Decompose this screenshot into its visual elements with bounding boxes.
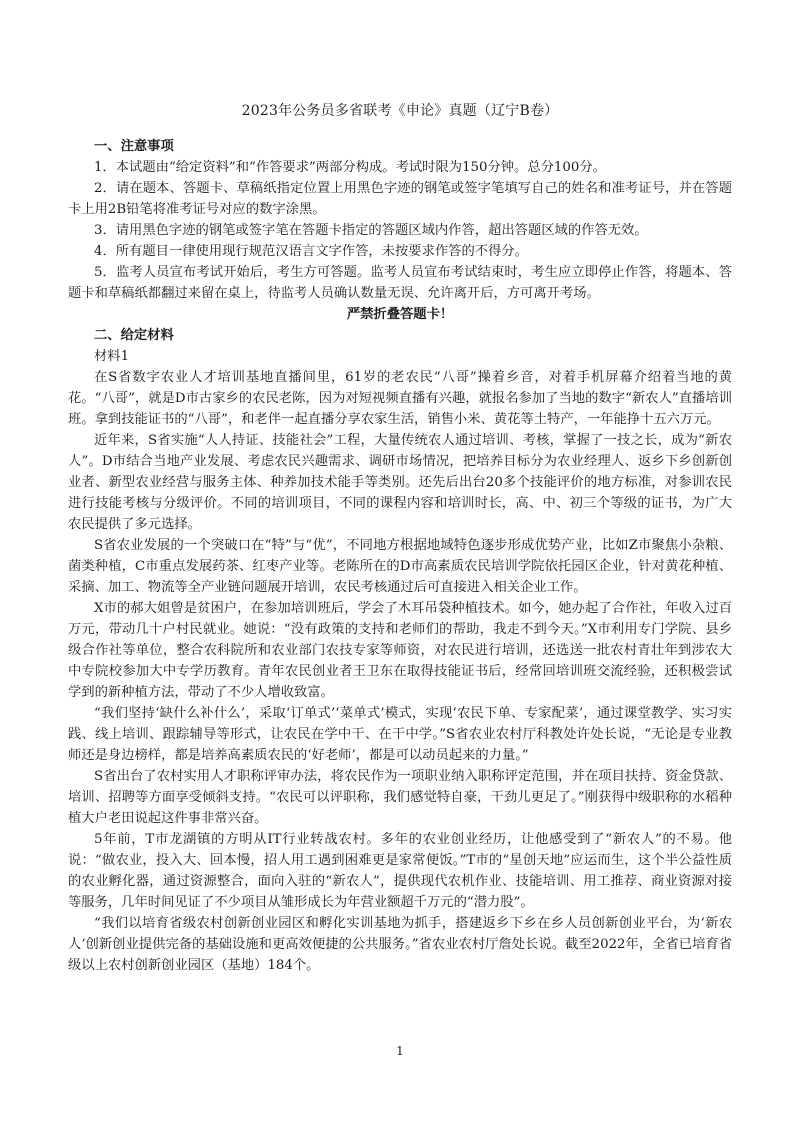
warning-text: 严禁折叠答题卡！ (68, 304, 732, 325)
notice-item: 4．所有题目一律使用现行规范汉语言文字作答，未按要求作答的不得分。 (68, 241, 732, 262)
section-heading-notice: 一、注意事项 (68, 136, 732, 157)
page-number: 1 (0, 1044, 800, 1058)
material-paragraph: “我们坚持‘缺什么补什么’，采取‘订单式’‘菜单式’模式，实现‘农民下单、专家配… (68, 703, 732, 766)
document-page: 2023年公务员多省联考《申论》真题（辽宁B卷） 一、注意事项 1．本试题由“给… (0, 0, 800, 1131)
material-paragraph: “我们以培育省级农村创新创业园区和孵化实训基地为抓手，搭建返乡下乡在乡人员创新创… (68, 913, 732, 976)
material-paragraph: X市的郝大姐曾是贫困户，在参加培训班后，学会了木耳吊袋种植技术。如今，她办起了合… (68, 598, 732, 703)
material-label: 材料1 (68, 346, 732, 367)
material-paragraph: 5年前，T市龙湖镇的方明从IT行业转战农村。多年的农业创业经历，让他感受到了“新… (68, 829, 732, 913)
material-paragraph: 近年来，S省实施“人人持证、技能社会”工程，大量传统农人通过培训、考核，掌握了一… (68, 430, 732, 535)
document-title: 2023年公务员多省联考《申论》真题（辽宁B卷） (0, 100, 800, 120)
notice-item: 5．监考人员宣布考试开始后，考生方可答题。监考人员宣布考试结束时，考生应立即停止… (68, 262, 732, 304)
material-paragraph: 在S省数字农业人才培训基地直播间里，61岁的老农民“八哥”操着乡音，对着手机屏幕… (68, 367, 732, 430)
notice-item: 1．本试题由“给定资料”和“作答要求”两部分构成。考试时限为150分钟。总分10… (68, 157, 732, 178)
material-paragraph: S省农业发展的一个突破口在“特”与“优”，不同地方根据地域特色逐步形成优势产业，… (68, 535, 732, 598)
notice-item: 3．请用黑色字迹的钢笔或签字笔在答题卡指定的答题区域内作答，超出答题区域的作答无… (68, 220, 732, 241)
document-body: 一、注意事项 1．本试题由“给定资料”和“作答要求”两部分构成。考试时限为150… (68, 136, 732, 976)
notice-item: 2．请在题本、答题卡、草稿纸指定位置上用黑色字迹的钢笔或签字笔填写自己的姓名和准… (68, 178, 732, 220)
section-heading-materials: 二、给定材料 (68, 325, 732, 346)
material-paragraph: S省出台了农村实用人才职称评审办法，将农民作为一项职业纳入职称评定范围，并在项目… (68, 766, 732, 829)
